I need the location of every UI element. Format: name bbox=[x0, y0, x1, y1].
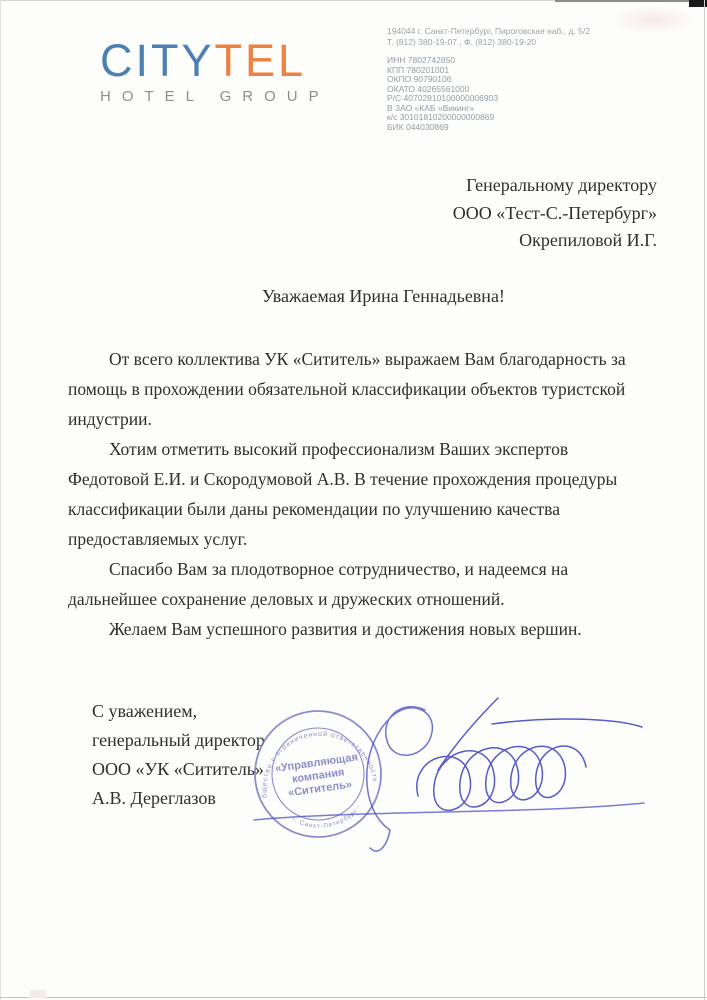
signoff-company: ООО «УК «Сититель» bbox=[92, 755, 265, 784]
body-line: дальнейшее сохранение деловых и дружески… bbox=[68, 584, 626, 614]
body-line: предоставляемых услуг. bbox=[68, 524, 626, 554]
logo-city-text: CITY bbox=[100, 35, 215, 86]
body-line: классификации были даны рекомендации по … bbox=[68, 494, 626, 524]
signoff-position: генеральный директор bbox=[92, 726, 265, 755]
company-requisites: ИНН 7802742850 КПП 780201001 ОКПО 907901… bbox=[387, 56, 590, 132]
letterhead-contacts: 194044 г. Санкт-Петербург, Пироговская н… bbox=[387, 26, 590, 132]
scan-edge-left bbox=[0, 0, 1, 1000]
scan-edge-top-dark bbox=[555, 0, 689, 2]
handwritten-signature bbox=[240, 670, 700, 870]
recipient-person: Окрепиловой И.Г. bbox=[453, 227, 657, 255]
scan-edge-right bbox=[704, 0, 705, 1000]
salutation: Уважаемая Ирина Геннадьевна! bbox=[262, 286, 505, 307]
company-phone-fax: Т. (812) 380-19-07 , Ф. (812) 380-19-20 bbox=[387, 37, 590, 48]
scan-pink-smudge bbox=[612, 6, 696, 34]
logo-subtitle: HOTEL GROUP bbox=[100, 88, 330, 105]
body-line: От всего коллектива УК «Сититель» выража… bbox=[68, 344, 626, 374]
body-line: Желаем Вам успешного развития и достижен… bbox=[68, 614, 626, 644]
scanned-letter-page: CITYTEL HOTEL GROUP 194044 г. Санкт-Пете… bbox=[0, 0, 707, 1000]
logo-wordmark: CITYTEL bbox=[100, 38, 330, 83]
recipient-block: Генеральному директору ООО «Тест-С.-Пете… bbox=[453, 172, 657, 255]
body-line: Спасибо Вам за плодотворное сотрудничест… bbox=[68, 554, 626, 584]
recipient-company: ООО «Тест-С.-Петербург» bbox=[453, 200, 657, 228]
body-line: Хотим отметить высокий профессионализм В… bbox=[68, 434, 626, 464]
body-line: индустрии. bbox=[68, 404, 626, 434]
body-line: Федотовой Е.И. и Скородумовой А.В. В теч… bbox=[68, 464, 626, 494]
signoff-block: С уважением, генеральный директор ООО «У… bbox=[92, 697, 265, 813]
signoff-name: А.В. Дереглазов bbox=[92, 784, 265, 813]
scan-bottom-artifact bbox=[30, 990, 46, 998]
citytel-logo: CITYTEL HOTEL GROUP bbox=[100, 38, 330, 105]
logo-tel-text: TEL bbox=[215, 35, 307, 86]
recipient-title: Генеральному директору bbox=[453, 172, 657, 200]
company-address: 194044 г. Санкт-Петербург, Пироговская н… bbox=[387, 26, 590, 37]
body-line: помощь в прохождении обязательной класси… bbox=[68, 374, 626, 404]
requisite-bik: БИК 044030869 bbox=[387, 123, 590, 133]
letter-body: От всего коллектива УК «Сититель» выража… bbox=[68, 344, 626, 644]
scan-edge-bottom bbox=[0, 997, 707, 998]
signoff-regards: С уважением, bbox=[92, 697, 265, 726]
